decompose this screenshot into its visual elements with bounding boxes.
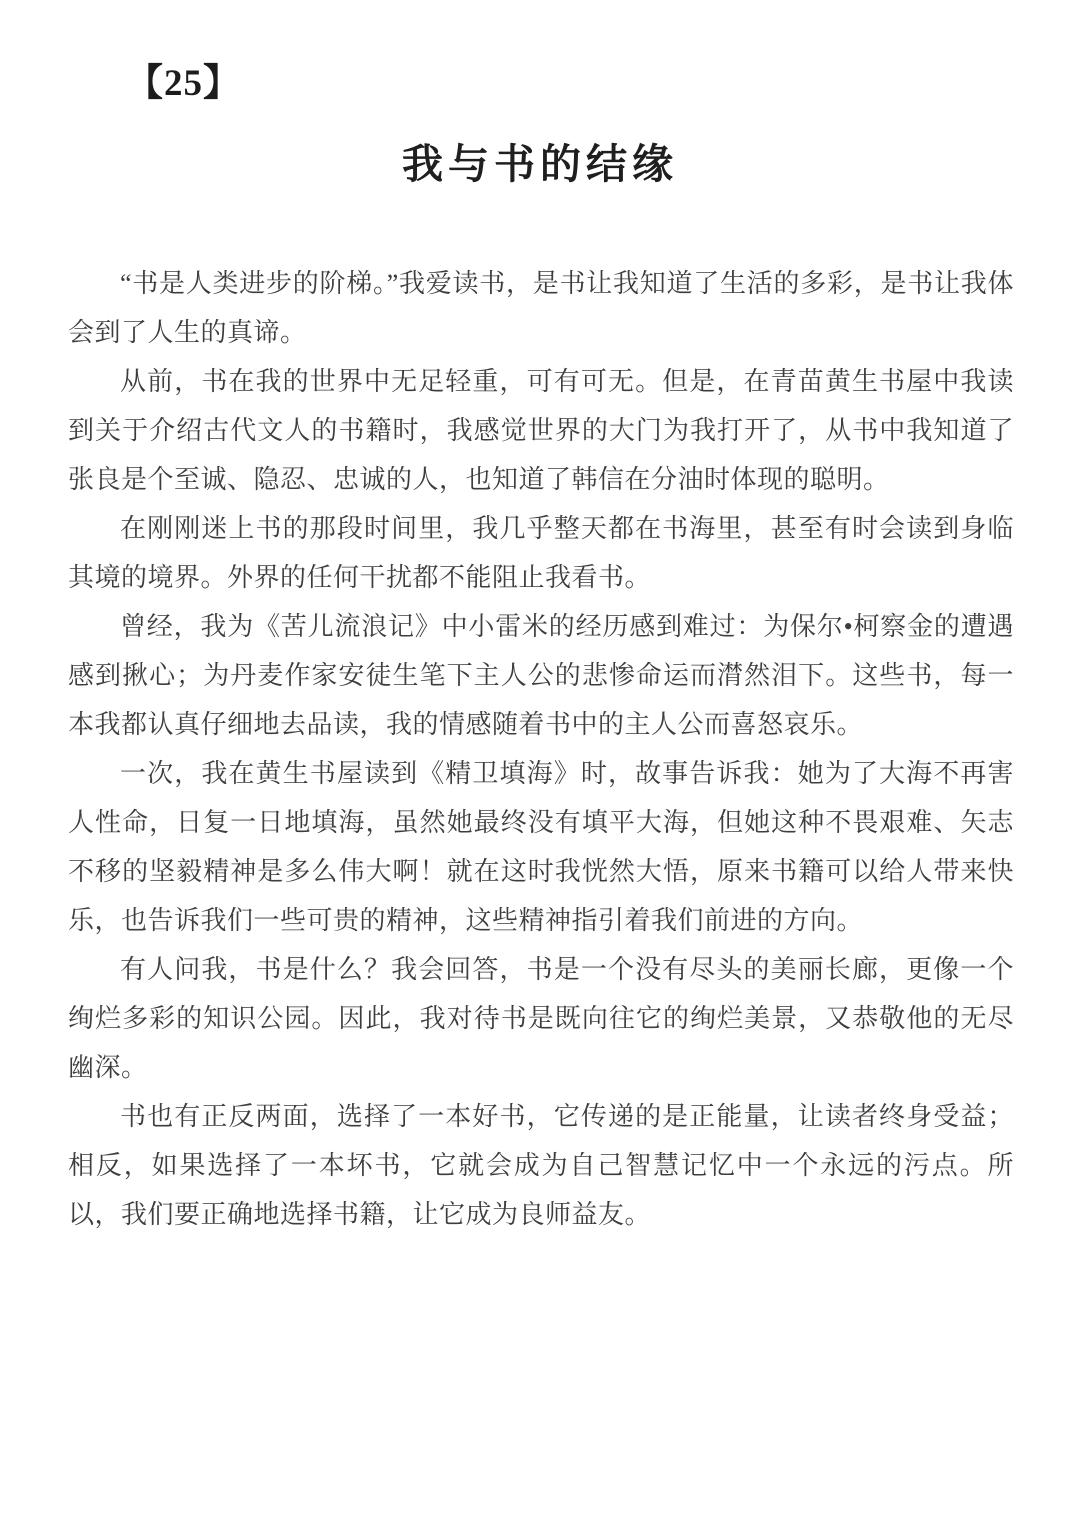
essay-paragraph-7: 书也有正反两面，选择了一本好书，它传递的是正能量，让读者终身受益；相反，如果选择… bbox=[68, 1092, 1014, 1239]
essay-paragraph-2: 从前，书在我的世界中无足轻重，可有可无。但是，在青苗黄生书屋中我读到关于介绍古代… bbox=[68, 357, 1014, 504]
essay-title: 我与书的结缘 bbox=[0, 138, 1080, 191]
essay-paragraph-1: “书是人类进步的阶梯。”我爱读书，是书让我知道了生活的多彩，是书让我体会到了人生… bbox=[68, 259, 1014, 357]
document-page: 【25】 我与书的结缘 “书是人类进步的阶梯。”我爱读书，是书让我知道了生活的多… bbox=[0, 0, 1080, 1527]
essay-paragraph-3: 在刚刚迷上书的那段时间里，我几乎整天都在书海里，甚至有时会读到身临其境的境界。外… bbox=[68, 504, 1014, 602]
essay-paragraph-4: 曾经，我为《苦儿流浪记》中小雷米的经历感到难过：为保尔•柯察金的遭遇感到揪心；为… bbox=[68, 602, 1014, 749]
essay-number-tag: 【25】 bbox=[126, 62, 241, 106]
essay-paragraph-6: 有人问我，书是什么？我会回答，书是一个没有尽头的美丽长廊，更像一个绚烂多彩的知识… bbox=[68, 945, 1014, 1092]
essay-body: “书是人类进步的阶梯。”我爱读书，是书让我知道了生活的多彩，是书让我体会到了人生… bbox=[68, 259, 1014, 1239]
essay-paragraph-5: 一次，我在黄生书屋读到《精卫填海》时，故事告诉我：她为了大海不再害人性命，日复一… bbox=[68, 749, 1014, 945]
